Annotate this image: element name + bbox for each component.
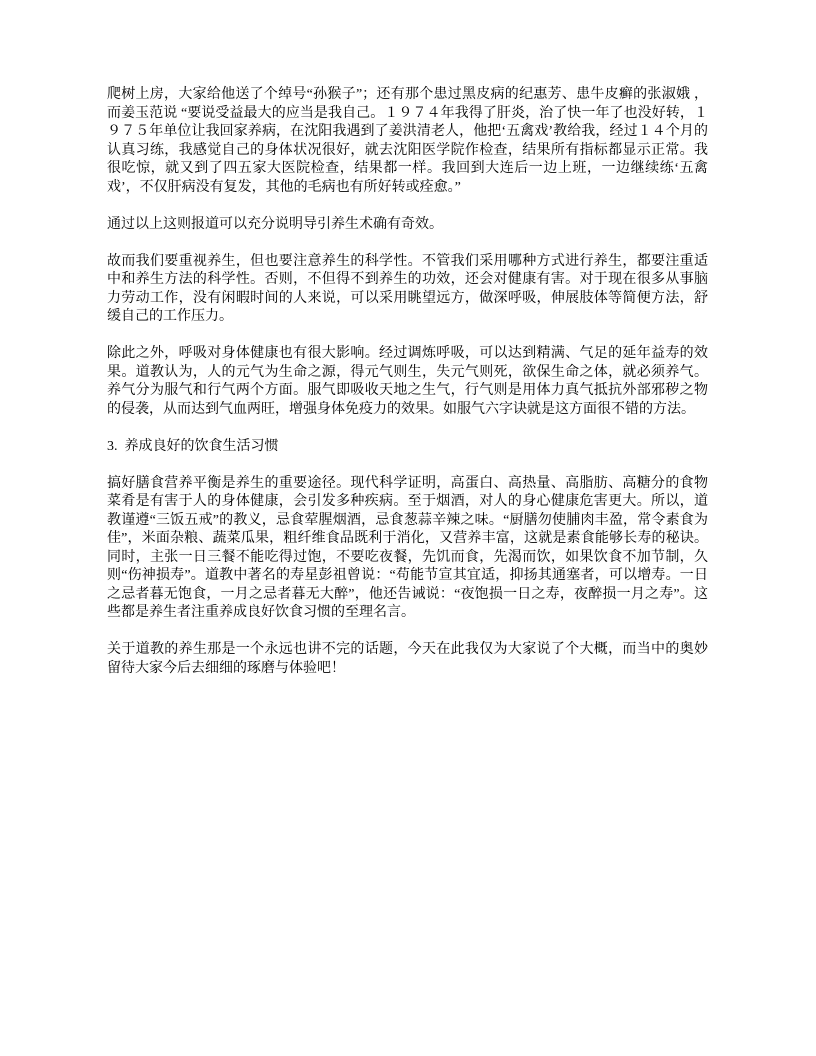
- document-page: 爬树上房，大家给他送了个绰号“孙猴子”；还有那个患过黑皮病的纪惠芳、患牛皮癣的张…: [0, 0, 816, 1056]
- document-body: 爬树上房，大家给他送了个绰号“孙猴子”；还有那个患过黑皮病的纪惠芳、患牛皮癣的张…: [107, 86, 708, 678]
- paragraph-report-conclusion: 通过以上这则报道可以充分说明导引养生术确有奇效。: [107, 216, 708, 235]
- paragraph-breathing-qi: 除此之外，呼吸对身体健康也有很大影响。经过调炼呼吸，可以达到精满、气足的延年益寿…: [107, 345, 708, 419]
- section-heading-diet-habits: 3. 养成良好的饮食生活习惯: [107, 438, 708, 457]
- paragraph-monkey-story: 爬树上房，大家给他送了个绰号“孙猴子”；还有那个患过黑皮病的纪惠芳、患牛皮癣的张…: [107, 86, 708, 197]
- paragraph-scientific-regimen: 故而我们要重视养生，但也要注意养生的科学性。不管我们采用哪种方式进行养生，都要注…: [107, 253, 708, 327]
- paragraph-closing-remarks: 关于道教的养生那是一个永远也讲不完的话题，今天在此我仅为大家说了个大概，而当中的…: [107, 641, 708, 678]
- paragraph-diet-balance: 搞好膳食营养平衡是养生的重要途径。现代科学证明，高蛋白、高热量、高脂肪、高糖分的…: [107, 475, 708, 623]
